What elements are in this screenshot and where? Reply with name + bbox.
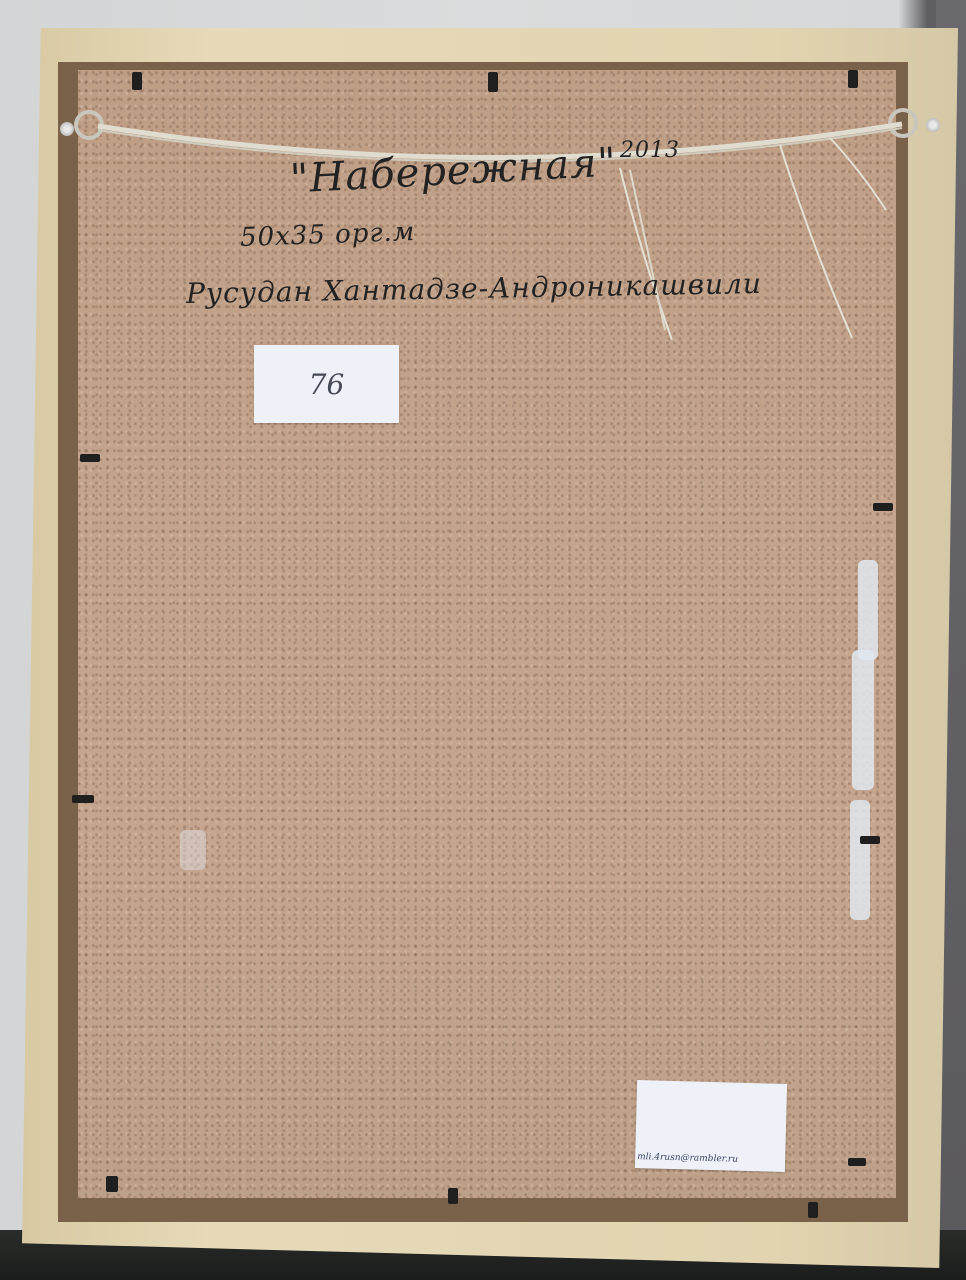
painting-year: 2013 [620,138,680,163]
clip-icon [80,454,100,462]
inventory-number: 76 [309,368,345,401]
paint-chip [858,560,878,660]
clip-icon [860,836,880,844]
clip-icon [808,1202,818,1218]
hanging-wire [0,0,966,400]
inventory-label: 76 [254,345,399,423]
paint-chip [180,830,206,870]
dimensions-medium: 50x35 орг.м [240,217,416,253]
contact-email: mli.4rusn@rambler.ru [637,1152,738,1165]
contact-label: mli.4rusn@rambler.ru [635,1080,787,1172]
clip-icon [873,503,893,511]
paint-chip [852,650,874,790]
clip-icon [448,1188,458,1204]
paint-chip [850,800,870,920]
clip-icon [106,1176,118,1192]
clip-icon [848,1158,866,1166]
clip-icon [72,795,94,803]
